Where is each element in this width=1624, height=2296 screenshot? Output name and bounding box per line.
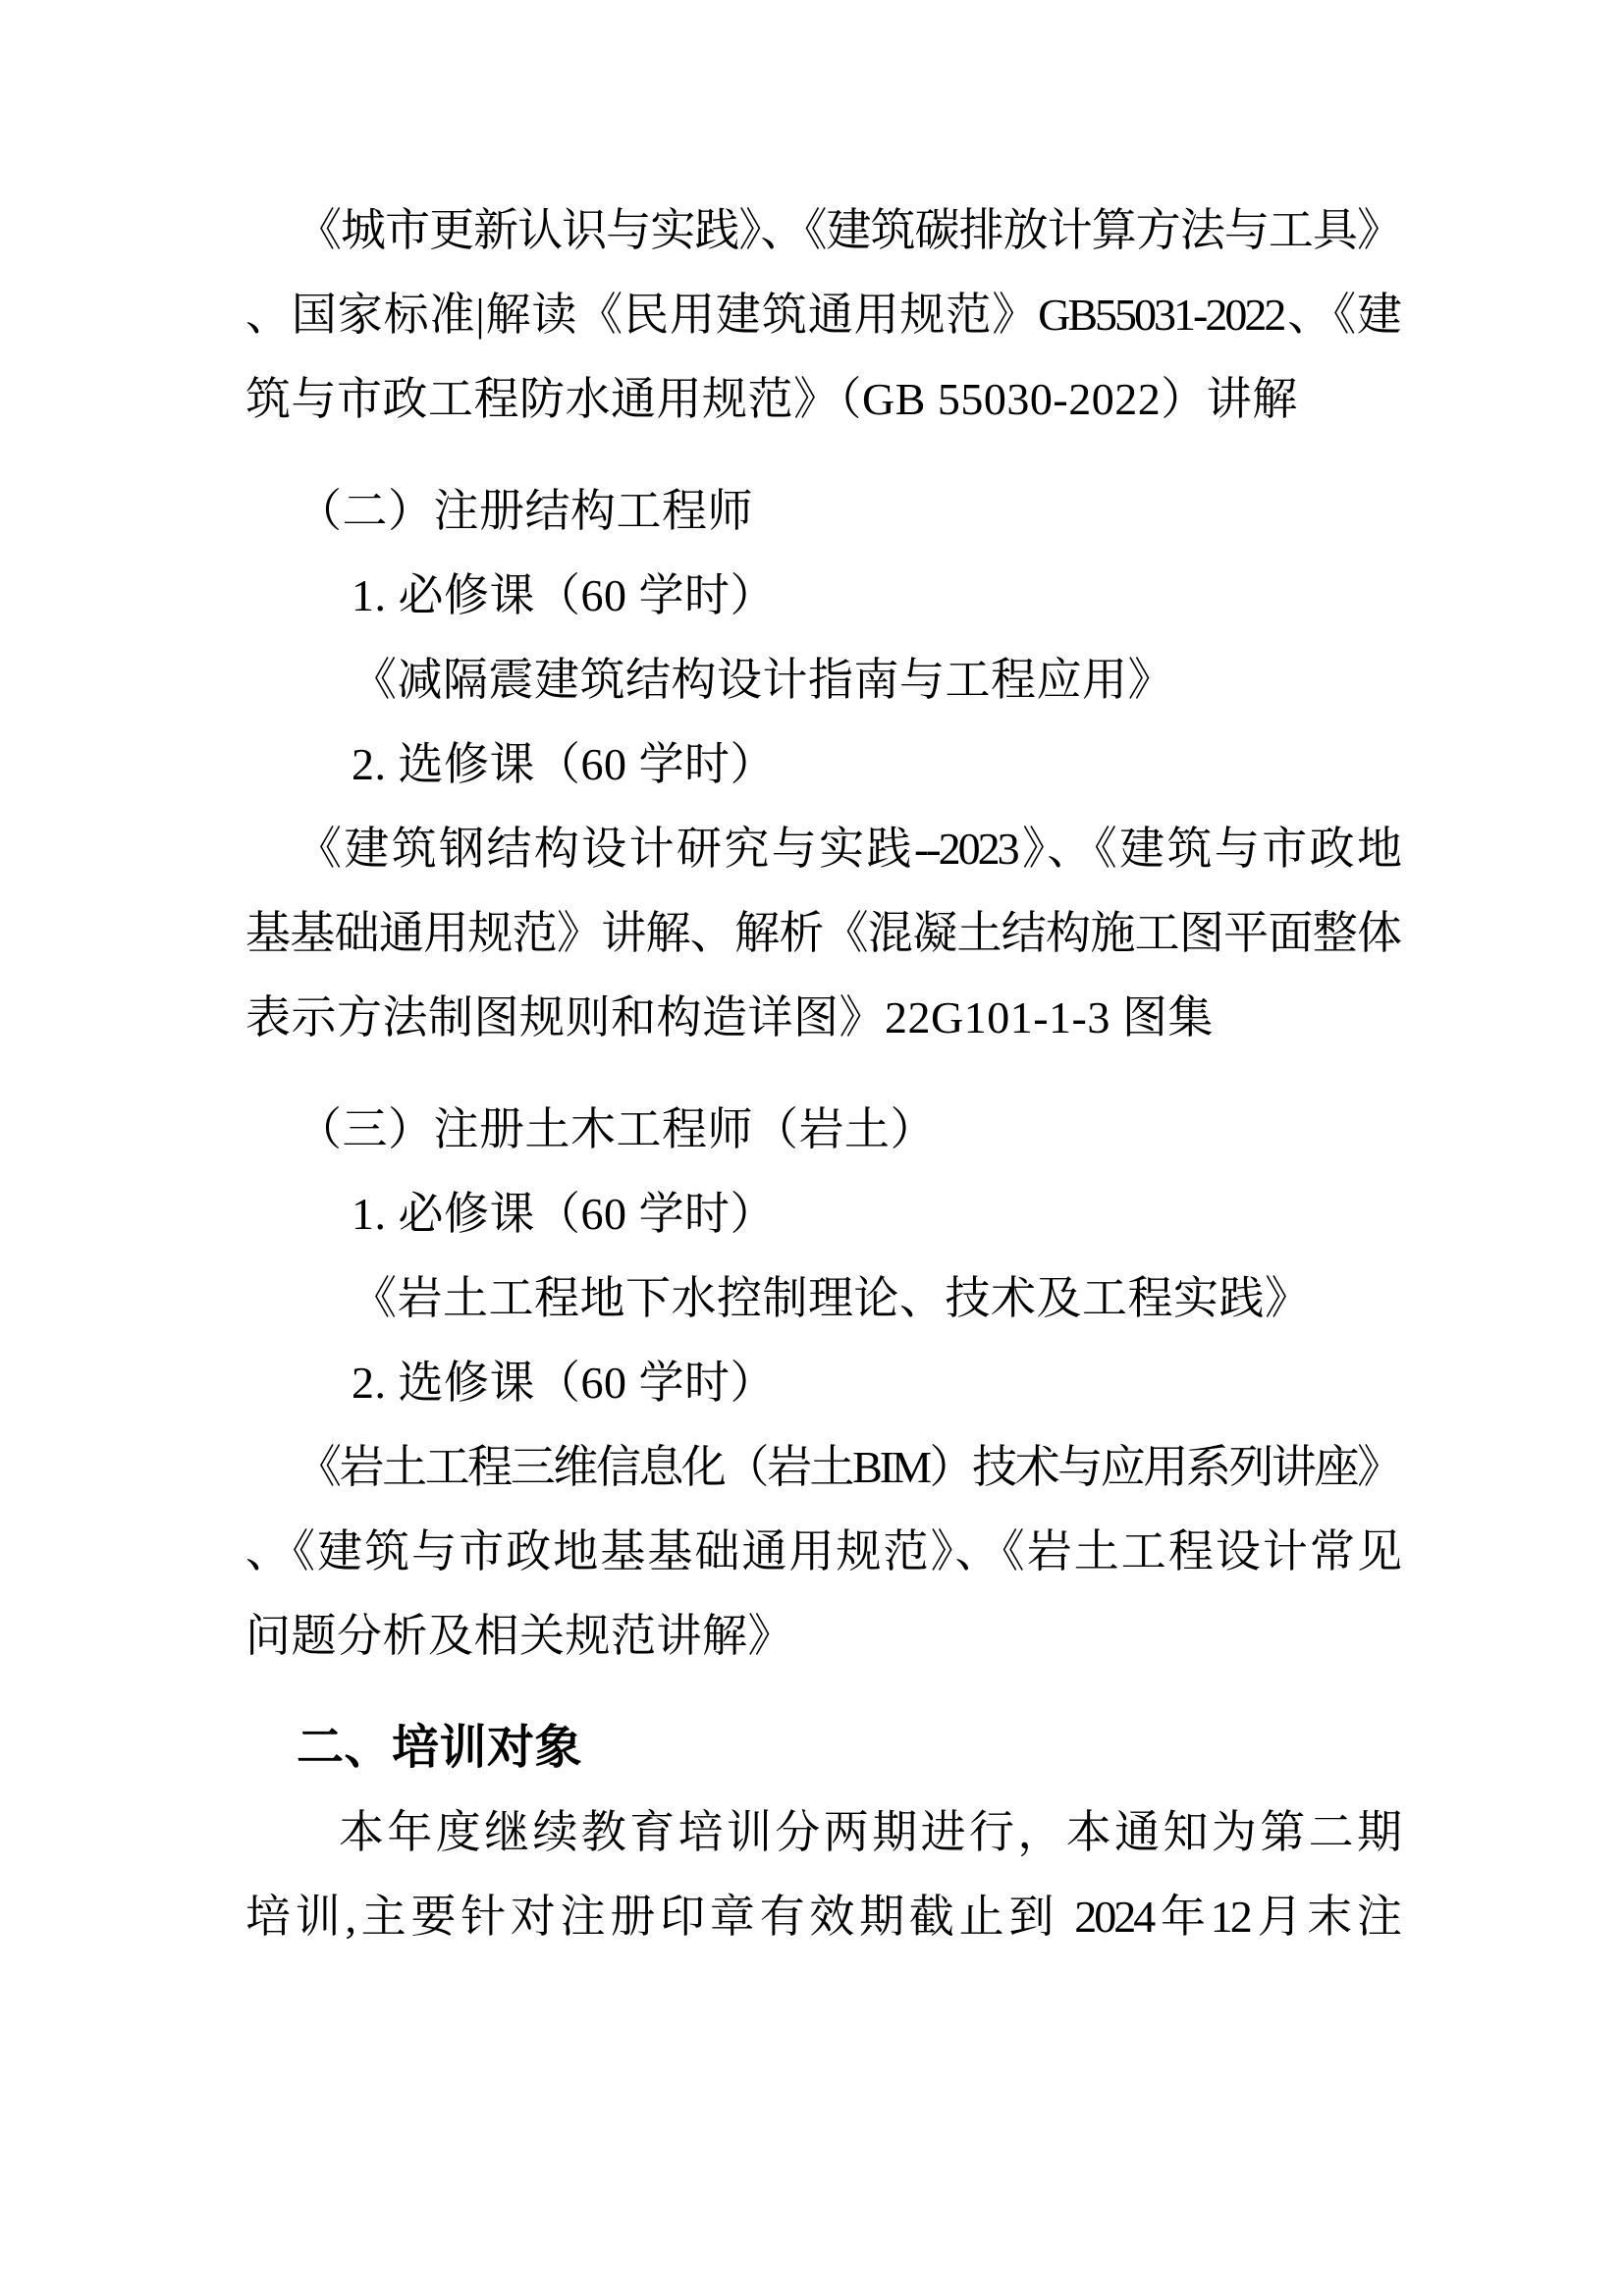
training-targets-heading: 二、培训对象 — [245, 1706, 1399, 1790]
section-3-heading: （三）注册土木工程师（岩土） — [245, 1088, 1399, 1172]
section-3-required-title: 1. 必修课（60 学时） — [245, 1172, 1399, 1256]
section-3-required-course: 《岩土工程地下水控制理论、技术及工程实践》 — [245, 1256, 1399, 1341]
intro-course-line-2: 、国家标准|解读《民用建筑通用规范》GB55031-2022、《建 — [245, 273, 1399, 357]
section-3-elective-line-1: 《岩土工程三维信息化（岩土BIM）技术与应用系列讲座》 — [245, 1425, 1399, 1510]
intro-course-line-1: 《城市更新认识与实践》、《建筑碳排放计算方法与工具》 — [245, 188, 1399, 273]
section-2-heading: （二）注册结构工程师 — [245, 469, 1399, 554]
section-2-required-title: 1. 必修课（60 学时） — [245, 554, 1399, 638]
section-2-elective-line-2: 基基础通用规范》讲解、解析《混凝土结构施工图平面整体 — [245, 891, 1399, 976]
section-2-elective-line-1: 《建筑钢结构设计研究与实践--2023》、《建筑与市政地 — [245, 807, 1399, 891]
section-2-elective-title: 2. 选修课（60 学时） — [245, 722, 1399, 807]
intro-course-line-3: 筑与市政工程防水通用规范》（GB 55030-2022）讲解 — [245, 357, 1399, 442]
section-3-elective-line-2: 、《建筑与市政地基基础通用规范》、《岩土工程设计常见 — [245, 1510, 1399, 1594]
document-page: 《城市更新认识与实践》、《建筑碳排放计算方法与工具》 、国家标准|解读《民用建筑… — [0, 0, 1624, 2296]
section-3-elective-line-3: 问题分析及相关规范讲解》 — [245, 1594, 1399, 1679]
training-targets-para-line-2: 培训,主要针对注册印章有效期截止到 2024年12月末注 — [245, 1875, 1399, 1959]
section-3-elective-title: 2. 选修课（60 学时） — [245, 1341, 1399, 1425]
section-2-required-course: 《减隔震建筑结构设计指南与工程应用》 — [245, 638, 1399, 722]
training-targets-para-line-1: 本年度继续教育培训分两期进行，本通知为第二期 — [245, 1790, 1399, 1875]
section-2-elective-line-3: 表示方法制图规则和构造详图》22G101-1-3 图集 — [245, 976, 1399, 1060]
